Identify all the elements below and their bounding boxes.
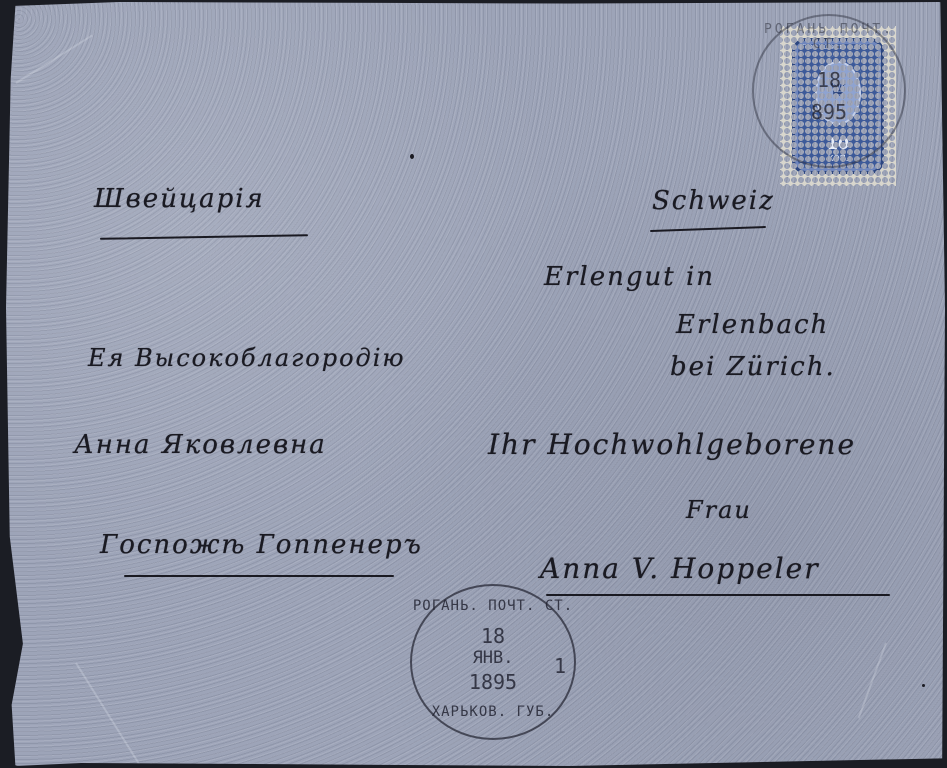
- paper-crease: [858, 643, 887, 719]
- left-address-line1: Ея Высокоблагородію: [88, 344, 406, 372]
- postmark-year: 1895: [412, 670, 574, 694]
- right-country: Schweiz: [652, 186, 775, 216]
- paper-crease: [15, 34, 92, 83]
- postmark-month: ЯНВ.: [412, 648, 574, 668]
- left-country: Швейцарія: [94, 184, 265, 214]
- right-name-underline: [546, 594, 890, 596]
- right-address-line5: Frau: [686, 496, 752, 524]
- ink-speck: [922, 684, 925, 687]
- postmark-ring-bottom: ХАРЬКОВ. ГУБ.: [412, 704, 574, 720]
- postmark-ring-number: 1: [554, 654, 566, 678]
- paper-crease: [75, 662, 140, 765]
- postmark-ring-top: РОГАНЬ. ПОЧТ. СТ.: [412, 598, 574, 614]
- right-address-line3: bei Zürich.: [670, 352, 836, 382]
- left-address-line3: Госпожѣ Гоппенеръ: [100, 530, 423, 560]
- ink-speck: [410, 154, 414, 159]
- stamp-cancellation-postmark: РОГАНЬ ПОЧТ. СТ. 18 895: [752, 14, 906, 168]
- right-address-line6: Anna V. Hoppeler: [540, 552, 820, 585]
- right-address-line4: Ihr Hochwohlgeborene: [488, 428, 856, 461]
- postmark-ring-text: РОГАНЬ ПОЧТ. СТ.: [754, 22, 904, 52]
- postmark-year: 895: [754, 100, 904, 124]
- postmark-day: 18: [754, 68, 904, 92]
- left-name-underline: [124, 575, 394, 577]
- left-address-line2: Анна Яковлевна: [74, 430, 327, 460]
- right-address-line1: Erlengut in: [544, 262, 715, 292]
- postmark-day: 18: [412, 624, 574, 648]
- right-address-line2: Erlenbach: [676, 310, 829, 340]
- main-postmark: РОГАНЬ. ПОЧТ. СТ. 18 ЯНВ. 1895 ХАРЬКОВ. …: [410, 584, 576, 740]
